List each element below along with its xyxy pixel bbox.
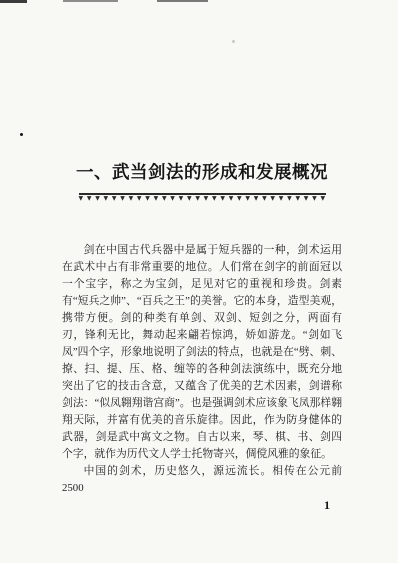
ornament-triangle-icon: ▼ <box>137 196 142 202</box>
book-page: 一、武当剑法的形成和发展概况 ▼▼▼▼▼▼▼▼▼▼▼▼▼▼▼▼▼▼▼▼▼▼▼▼▼… <box>0 0 398 563</box>
ornament-triangle-icon: ▼ <box>129 196 134 202</box>
ornament-triangle-icon: ▼ <box>312 196 317 202</box>
ornament-triangle-icon: ▼ <box>112 196 117 202</box>
ornament-triangles-row: ▼▼▼▼▼▼▼▼▼▼▼▼▼▼▼▼▼▼▼▼▼▼▼▼▼▼▼▼▼▼ <box>79 196 326 202</box>
ornament-triangle-icon: ▼ <box>229 196 234 202</box>
ornament-triangle-icon: ▼ <box>254 196 259 202</box>
ornament-triangle-icon: ▼ <box>320 196 325 202</box>
ornament-triangle-icon: ▼ <box>262 196 267 202</box>
ornament-triangle-icon: ▼ <box>154 196 159 202</box>
ornament-triangle-icon: ▼ <box>204 196 209 202</box>
ornament-triangle-icon: ▼ <box>79 196 84 202</box>
ornament-triangle-icon: ▼ <box>304 196 309 202</box>
ornament-triangle-icon: ▼ <box>187 196 192 202</box>
ornament-rule: ▼▼▼▼▼▼▼▼▼▼▼▼▼▼▼▼▼▼▼▼▼▼▼▼▼▼▼▼▼▼ <box>79 193 326 202</box>
paragraph-2: 中国的剑术，历史悠久，源远流长。相传在公元前 2500 <box>62 463 342 497</box>
page-number: 1 <box>62 498 342 513</box>
scan-speck-left <box>20 133 23 136</box>
ornament-triangle-icon: ▼ <box>270 196 275 202</box>
ornament-triangle-icon: ▼ <box>279 196 284 202</box>
ornament-triangle-icon: ▼ <box>120 196 125 202</box>
body-text: 剑在中国古代兵器中是属于短兵器的一种，剑术运用在武术中占有非常重要的地位。人们常… <box>62 242 342 497</box>
page-content: 一、武当剑法的形成和发展概况 ▼▼▼▼▼▼▼▼▼▼▼▼▼▼▼▼▼▼▼▼▼▼▼▼▼… <box>62 0 342 513</box>
ornament-triangle-icon: ▼ <box>287 196 292 202</box>
scan-artifact-top-left <box>0 0 27 3</box>
ornament-triangle-icon: ▼ <box>179 196 184 202</box>
ornament-triangle-icon: ▼ <box>212 196 217 202</box>
section-heading: 一、武当剑法的形成和发展概况 <box>62 160 342 184</box>
ornament-triangle-icon: ▼ <box>237 196 242 202</box>
ornament-triangle-icon: ▼ <box>104 196 109 202</box>
ornament-triangle-icon: ▼ <box>87 196 92 202</box>
paragraph-1: 剑在中国古代兵器中是属于短兵器的一种，剑术运用在武术中占有非常重要的地位。人们常… <box>62 242 342 463</box>
ornament-triangle-icon: ▼ <box>220 196 225 202</box>
ornament-triangle-icon: ▼ <box>245 196 250 202</box>
ornament-triangle-icon: ▼ <box>295 196 300 202</box>
ornament-triangle-icon: ▼ <box>170 196 175 202</box>
ornament-triangle-icon: ▼ <box>195 196 200 202</box>
ornament-triangle-icon: ▼ <box>162 196 167 202</box>
ornament-triangle-icon: ▼ <box>95 196 100 202</box>
ornament-triangle-icon: ▼ <box>145 196 150 202</box>
